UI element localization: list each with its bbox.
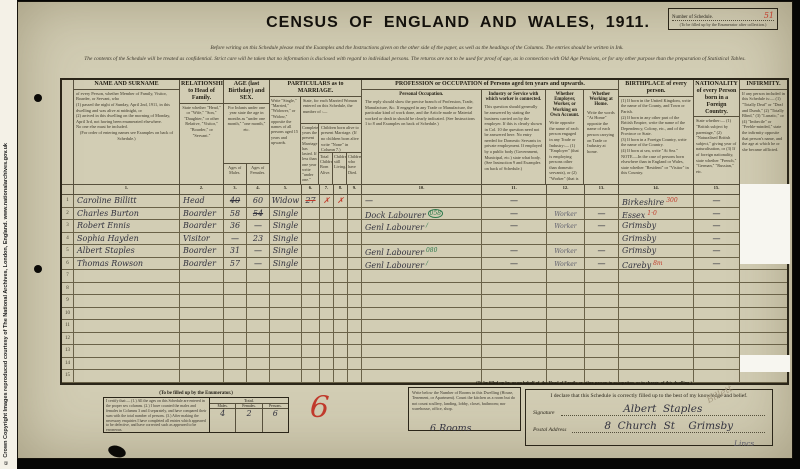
cell-cond [270, 295, 302, 308]
cell-years [302, 283, 320, 296]
table-row: 8 [62, 283, 787, 296]
totals-columns: Males. 4 Females. 2 Persons. 6 [210, 404, 288, 432]
name-foot: (For order of entering names see Example… [76, 130, 177, 141]
cell-age_f [247, 370, 270, 383]
cell-nat [694, 308, 740, 321]
column-number-12: 12. [547, 185, 585, 194]
table-row: 6Thomas RowsonBoarder57—SingleGenl Labou… [62, 258, 787, 271]
cell-name: Robert Ennis [74, 220, 180, 233]
cell-birth [619, 270, 694, 283]
schedule-number-note: (To be filled up by the Enumerator after… [672, 22, 774, 27]
hole-punch [34, 265, 42, 273]
header-nationality-title: NATIONALITY of every Person born in a Fo… [694, 80, 739, 117]
cell-ind [482, 308, 547, 321]
cell-rel: Boarder [180, 208, 224, 221]
birthplace-item2: (2) If born in any other part of the Bri… [621, 115, 691, 137]
cell-age_f: 54 [247, 208, 270, 221]
cell-name: Albert Staples [74, 245, 180, 258]
cell-emp [547, 295, 585, 308]
cell-years [302, 233, 320, 246]
cell-died [348, 295, 362, 308]
header-marriage-right: State, for each Married Woman entered on… [301, 97, 361, 184]
header-children-died: Children who have Died. [347, 153, 361, 184]
column-number-9: 9. [348, 185, 362, 194]
schedule-number-value: 51 [764, 11, 774, 20]
cell-years [302, 333, 320, 346]
declaration-header: (To be filled up by, or on behalf of, th… [418, 380, 750, 385]
cell-nat [694, 270, 740, 283]
cell-living [334, 320, 348, 333]
cell-occ: Genl Labourer∕ [362, 220, 482, 233]
cell-ind: — [482, 220, 547, 233]
cell-birth [619, 308, 694, 321]
cell-years [302, 345, 320, 358]
cell-name [74, 333, 180, 346]
cell-inf [740, 283, 787, 296]
cell-age_f: 23 [247, 233, 270, 246]
cell-born [320, 270, 334, 283]
cell-years [302, 320, 320, 333]
table-body: 1Caroline BillittHead4060Widow27✗✗——Birk… [62, 195, 787, 383]
totals-females: Females. 2 [236, 404, 262, 432]
cell-home: — [585, 208, 619, 221]
header-industry-title: Industry or Service with which worker is… [483, 91, 545, 104]
cell-ind [482, 295, 547, 308]
birthplace-item3: (3) If born in a Foreign Country, write … [621, 137, 691, 148]
cell-cond [270, 283, 302, 296]
cell-born [320, 308, 334, 321]
cell-cond [270, 358, 302, 371]
cell-occ [362, 308, 482, 321]
cell-emp: Worker [547, 220, 585, 233]
cell-years [302, 245, 320, 258]
cell-age_m [224, 308, 247, 321]
cell-age_m [224, 333, 247, 346]
cell-occ [362, 233, 482, 246]
cell-name [74, 345, 180, 358]
column-number-11: 11. [482, 185, 547, 194]
cell-name [74, 270, 180, 283]
cell-inf [740, 308, 787, 321]
header-employer-body: Write opposite the name of each person e… [547, 119, 582, 183]
cell-age_m [224, 295, 247, 308]
cell-rel: Boarder [180, 245, 224, 258]
column-number-2: 2. [180, 185, 224, 194]
cell-emp [547, 308, 585, 321]
header-children-living: Children still Living. [333, 153, 347, 184]
header-marriage-title: PARTICULARS as to MARRIAGE. [270, 80, 361, 97]
cell-age_m: 58 [224, 208, 247, 221]
header-at-home-body: Write the words "At Home" opposite the n… [585, 109, 617, 183]
cell-num: 4 [62, 233, 74, 246]
cell-ind: — [482, 208, 547, 221]
header-employer-title: Whether Employer, Worker, or Working on … [547, 91, 582, 119]
cell-born [320, 295, 334, 308]
header-marriage-condition: Write "Single," "Married," "Widower," or… [270, 97, 301, 184]
scan-background: { "page": { "copyright": "© Crown Copyri… [0, 0, 800, 469]
cell-nat: — [694, 258, 740, 271]
cell-num: 2 [62, 208, 74, 221]
pencil-annotation-2: Lincs [734, 439, 754, 448]
header-marriage: PARTICULARS as to MARRIAGE. Write "Singl… [270, 80, 362, 184]
cell-occ [362, 283, 482, 296]
column-number-blank [62, 185, 74, 194]
cell-name: Caroline Billitt [74, 195, 180, 208]
cell-home [585, 308, 619, 321]
enumerator-certification: I certify that:— (1.) All the ages on th… [104, 398, 209, 432]
cell-rel [180, 320, 224, 333]
cell-age_f [247, 308, 270, 321]
header-infirmity-body: If any person included in this Schedule … [740, 90, 787, 184]
cell-inf [740, 295, 787, 308]
cell-born [320, 358, 334, 371]
schedule-number-row: Number of Schedule. 51 [672, 11, 774, 21]
cell-birth: Grimsby [619, 233, 694, 246]
cell-emp [547, 195, 585, 208]
header-row-number [62, 80, 74, 184]
header-relationship-title: RELATIONSHIP to Head of Family. [180, 80, 223, 104]
cell-ind: — [482, 258, 547, 271]
instructions-line-2: The contents of the Schedule will be tre… [58, 55, 772, 63]
cell-nat: — [694, 245, 740, 258]
cell-age_m: 36 [224, 220, 247, 233]
copyright-text: © Crown Copyright Images reproduced cour… [3, 143, 9, 465]
cell-emp: Worker [547, 208, 585, 221]
cell-birth: Birkeshire300 [619, 195, 694, 208]
column-number-7: 7. [320, 185, 334, 194]
header-personal-title: Personal Occupation. [363, 91, 480, 98]
enumerator-section: (To be filled up by the Enumerator.) I c… [103, 391, 289, 433]
column-number-10: 10. [362, 185, 482, 194]
cell-born [320, 258, 334, 271]
cell-living [334, 220, 348, 233]
cell-num: 13 [62, 345, 74, 358]
header-age: AGE (last Birthday) and SEX. For Infants… [224, 80, 270, 184]
totals-females-value: 2 [236, 409, 261, 432]
cell-born: ✗ [320, 195, 334, 208]
header-occupation-content: Personal Occupation. The reply should sh… [362, 90, 618, 184]
cell-ind [482, 345, 547, 358]
cell-age_m [224, 270, 247, 283]
header-marriage-children: Children born alive to present Marriage.… [319, 124, 361, 184]
cell-occ: Dock Labourer058 [362, 208, 482, 221]
header-children-head: Children born alive to present Marriage.… [319, 124, 361, 153]
cell-cond: Single [270, 233, 302, 246]
header-employer: Whether Employer, Worker, or Working on … [546, 90, 584, 184]
header-marriage-subrow: Completed years the present Marriage has… [301, 124, 361, 184]
column-number-5: 5. [270, 185, 302, 194]
table-row: 4Sophia HaydenVisitor—23SingleGrimsby— [62, 233, 787, 246]
cell-rel: Head [180, 195, 224, 208]
cell-age_f [247, 358, 270, 371]
signature-line: Signature Albert Staples [533, 404, 765, 416]
cell-age_f: — [247, 258, 270, 271]
column-number-14: 14. [619, 185, 694, 194]
header-children-cols: Total Children Born Alive. Children stil… [319, 153, 361, 184]
totals-persons: Persons. 6 [263, 404, 288, 432]
cell-cond [270, 345, 302, 358]
census-table: NAME AND SURNAME of every Person, whethe… [60, 78, 789, 385]
cell-ind [482, 233, 547, 246]
cell-age_f [247, 333, 270, 346]
header-name: NAME AND SURNAME of every Person, whethe… [74, 80, 180, 184]
cell-nat [694, 295, 740, 308]
cell-name [74, 370, 180, 383]
header-nationality-body: State whether:— (1) "British subject by … [694, 117, 739, 184]
header-birthplace-title: BIRTHPLACE of every person. [619, 80, 693, 97]
cell-name: Thomas Rowson [74, 258, 180, 271]
cell-age_m [224, 370, 247, 383]
cell-nat: — [694, 208, 740, 221]
cell-emp [547, 320, 585, 333]
cell-age_f: — [247, 220, 270, 233]
census-schedule-document: CENSUS OF ENGLAND AND WALES, 1911. Numbe… [17, 1, 793, 459]
cell-home [585, 345, 619, 358]
cell-living [334, 283, 348, 296]
cell-num: 11 [62, 320, 74, 333]
header-marriage-years: Completed years the present Marriage has… [301, 124, 319, 184]
cell-home [585, 320, 619, 333]
header-occupation: PROFESSION or OCCUPATION of Persons aged… [362, 80, 619, 184]
cell-living [334, 370, 348, 383]
cell-years [302, 220, 320, 233]
cell-birth [619, 345, 694, 358]
cell-num: 3 [62, 220, 74, 233]
schedule-number-label: Number of Schedule. [672, 15, 713, 20]
cell-age_m: 40 [224, 195, 247, 208]
schedule-number-box: Number of Schedule. 51 (To be filled up … [668, 8, 778, 30]
cell-occ: Genl Labourer080 [362, 245, 482, 258]
header-age-females: Ages of Females. [247, 164, 269, 184]
cell-died [348, 358, 362, 371]
column-number-strip: 1.2.3.4.5.6.7.8.9.10.11.12.13.14.15.16. [62, 184, 787, 195]
cell-occ [362, 345, 482, 358]
cell-rel [180, 283, 224, 296]
cell-emp [547, 345, 585, 358]
cell-home [585, 358, 619, 371]
cell-years [302, 208, 320, 221]
header-relationship-body: State whether "Head," or "Wife," "Son," … [180, 104, 223, 184]
enumerator-title: (To be filled up by the Enumerator.) [103, 391, 289, 396]
cell-living [334, 308, 348, 321]
cell-age_f: 60 [247, 195, 270, 208]
cell-age_m [224, 358, 247, 371]
cell-died [348, 233, 362, 246]
cell-num: 9 [62, 295, 74, 308]
cell-home: — [585, 245, 619, 258]
cell-age_m [224, 283, 247, 296]
cell-birth [619, 320, 694, 333]
birthplace-note: NOTE.—In the case of persons born elsewh… [621, 154, 691, 176]
cell-ind [482, 270, 547, 283]
cell-occ [362, 333, 482, 346]
cell-rel [180, 308, 224, 321]
cell-age_m [224, 320, 247, 333]
totals-males-value: 4 [210, 409, 235, 432]
name-body1: of every Person, whether Member of Famil… [76, 91, 177, 102]
table-row: 5Albert StaplesBoarder31—SingleGenl Labo… [62, 245, 787, 258]
cell-ind: — [482, 245, 547, 258]
cell-born [320, 370, 334, 383]
header-name-body: of every Person, whether Member of Famil… [74, 90, 179, 184]
totals-persons-value: 6 [263, 409, 288, 432]
cell-inf [740, 270, 787, 283]
cell-emp [547, 358, 585, 371]
name-item1: (1) passed the night of Sunday, April 2n… [76, 102, 177, 113]
header-at-home: Whether Working at Home. Write the words… [584, 90, 618, 184]
cell-born [320, 345, 334, 358]
cell-home: — [585, 220, 619, 233]
address-value: 8 Church St Grimsby [572, 421, 765, 433]
cell-num: 6 [62, 258, 74, 271]
cell-num: 10 [62, 308, 74, 321]
cell-born [320, 333, 334, 346]
cell-emp [547, 333, 585, 346]
totals-males: Males. 4 [210, 404, 236, 432]
table-row: 11 [62, 320, 787, 333]
cell-died [348, 283, 362, 296]
table-row: 12 [62, 333, 787, 346]
cell-rel: Boarder [180, 220, 224, 233]
cell-birth: Grimsby [619, 220, 694, 233]
table-row: 1Caroline BillittHead4060Widow27✗✗——Birk… [62, 195, 787, 208]
cell-name [74, 295, 180, 308]
cell-ind [482, 283, 547, 296]
cell-nat [694, 283, 740, 296]
cell-name [74, 320, 180, 333]
column-number-4: 4. [247, 185, 270, 194]
cell-cond: Single [270, 258, 302, 271]
column-number-15: 15. [694, 185, 740, 194]
enumerator-body-text: I certify that:— (1.) All the ages on th… [106, 399, 206, 432]
cell-years [302, 258, 320, 271]
header-infirmity-title: INFIRMITY. [740, 80, 787, 90]
signature-label: Signature [533, 410, 555, 416]
cell-age_f: — [247, 245, 270, 258]
header-age-subrow: Ages of Males. Ages of Females. [224, 163, 269, 184]
cell-home [585, 295, 619, 308]
cell-num: 12 [62, 333, 74, 346]
cell-cond: Single [270, 208, 302, 221]
header-personal-occupation: Personal Occupation. The reply should sh… [362, 90, 482, 184]
header-age-body: For Infants under one year state the age… [224, 104, 269, 163]
cell-occ [362, 358, 482, 371]
copyright-strip: © Crown Copyright Images reproduced cour… [0, 0, 17, 469]
cell-living [334, 208, 348, 221]
cell-cond [270, 320, 302, 333]
header-infirmity: INFIRMITY. If any person included in thi… [740, 80, 787, 184]
cell-died [348, 258, 362, 271]
cell-died [348, 245, 362, 258]
cell-occ: Genl Labourer∕ [362, 258, 482, 271]
cell-years: 27 [302, 195, 320, 208]
cell-years [302, 370, 320, 383]
cell-nat: — [694, 195, 740, 208]
cell-died [348, 370, 362, 383]
cell-living [334, 295, 348, 308]
cell-nat [694, 358, 740, 371]
cell-home [585, 270, 619, 283]
cell-cond: Widow [270, 195, 302, 208]
cell-cond [270, 370, 302, 383]
cell-birth [619, 333, 694, 346]
table-row: 14 [62, 358, 787, 371]
birthplace-item1: (1) If born in the United Kingdom, write… [621, 98, 691, 115]
cell-living [334, 333, 348, 346]
header-age-males: Ages of Males. [224, 164, 247, 184]
cell-rel: Visitor [180, 233, 224, 246]
cell-name: Sophia Hayden [74, 233, 180, 246]
cell-age_m [224, 345, 247, 358]
cell-rel [180, 345, 224, 358]
cell-living [334, 258, 348, 271]
cell-num: 5 [62, 245, 74, 258]
cell-name: Charles Burton [74, 208, 180, 221]
cell-living [334, 345, 348, 358]
cell-home [585, 283, 619, 296]
header-industry-body: This question should generally be answer… [483, 103, 545, 183]
cell-emp: Worker [547, 258, 585, 271]
address-line: Postal Address 8 Church St Grimsby [533, 421, 765, 433]
cell-emp [547, 233, 585, 246]
header-birthplace: BIRTHPLACE of every person. (1) If born … [619, 80, 694, 184]
cell-ind [482, 320, 547, 333]
cell-rel: Boarder [180, 258, 224, 271]
cell-occ [362, 270, 482, 283]
cell-nat: — [694, 233, 740, 246]
cell-died [348, 308, 362, 321]
cell-birth: Essex1·0 [619, 208, 694, 221]
cell-num: 14 [62, 358, 74, 371]
cell-age_m: 57 [224, 258, 247, 271]
header-children-total: Total Children Born Alive. [319, 153, 333, 184]
cell-rel [180, 358, 224, 371]
column-number-1: 1. [74, 185, 180, 194]
cell-years [302, 308, 320, 321]
cell-birth [619, 283, 694, 296]
cell-ind [482, 358, 547, 371]
header-age-title: AGE (last Birthday) and SEX. [224, 80, 269, 104]
header-nationality: NATIONALITY of every Person born in a Fo… [694, 80, 740, 184]
totals-table: Total. Males. 4 Females. 2 Persons. 6 [209, 398, 288, 432]
cell-born [320, 208, 334, 221]
header-marriage-note: State, for each Married Woman entered on… [301, 97, 361, 124]
rooms-value: 6 Rooms [430, 423, 472, 434]
header-at-home-title: Whether Working at Home. [585, 91, 617, 109]
cell-born [320, 233, 334, 246]
cell-cond [270, 270, 302, 283]
cell-died [348, 320, 362, 333]
cell-occ [362, 320, 482, 333]
cell-rel [180, 295, 224, 308]
cell-living [334, 233, 348, 246]
table-row: 10 [62, 308, 787, 321]
cell-age_f [247, 320, 270, 333]
cell-age_m: — [224, 233, 247, 246]
cell-age_f [247, 270, 270, 283]
cell-born [320, 220, 334, 233]
name-item2: (2) arrived in this dwelling on the morn… [76, 113, 177, 124]
header-birthplace-body: (1) If born in the United Kingdom, write… [619, 97, 693, 184]
white-patch [740, 355, 790, 372]
header-name-title: NAME AND SURNAME [74, 80, 179, 90]
cell-inf [740, 320, 787, 333]
cell-name [74, 308, 180, 321]
cell-ind [482, 333, 547, 346]
cell-home [585, 333, 619, 346]
cell-age_m: 31 [224, 245, 247, 258]
table-header: NAME AND SURNAME of every Person, whethe… [62, 80, 787, 184]
